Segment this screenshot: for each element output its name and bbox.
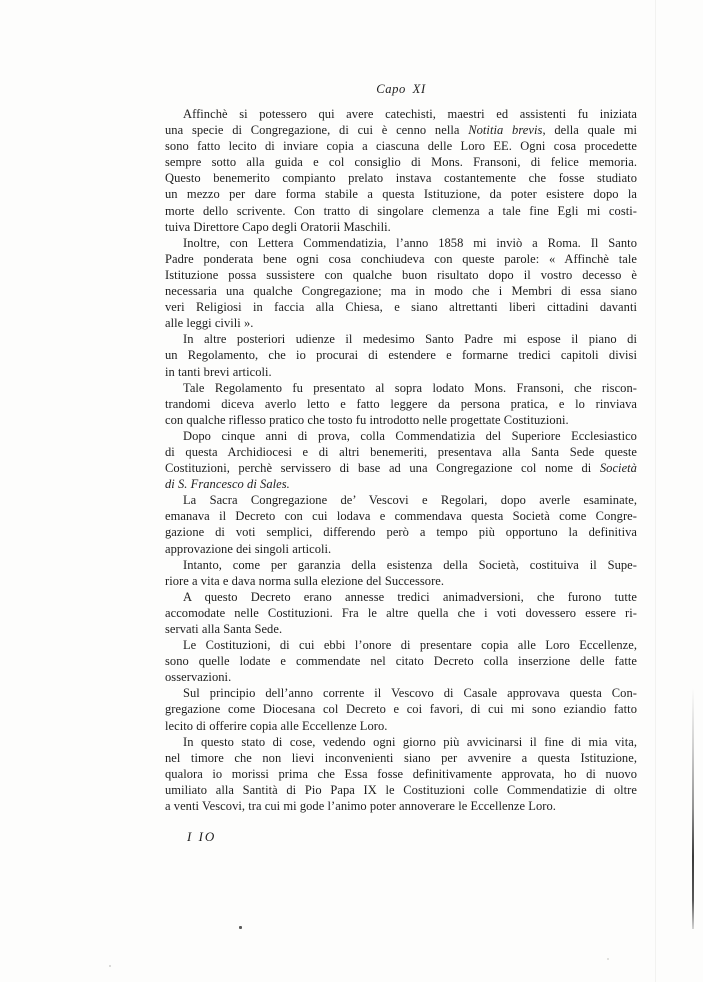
text-segment: Sul principio dell’anno corrente il Vesc… — [183, 686, 637, 700]
text-segment: , della quale mi — [542, 123, 637, 137]
text-segment: A questo Decreto erano annesse tredici a… — [183, 590, 637, 604]
text-line: sono quelle lodate e commendate nel cita… — [165, 653, 637, 669]
text-segment: La Sacra Congregazione de’ Vescovi e Reg… — [183, 493, 637, 507]
text-line: gazione di voti semplici, differendo per… — [165, 524, 637, 540]
text-line: In questo stato di cose, vedendo ogni gi… — [165, 734, 637, 750]
text-segment: Inoltre, con Lettera Commendatizia, l’an… — [183, 236, 637, 250]
text-segment: sono fatto lecito di inviare copia a cia… — [165, 139, 637, 153]
text-line: sono fatto lecito di inviare copia a cia… — [165, 138, 637, 154]
text-line: osservazioni. — [165, 669, 637, 685]
text-line: gregazione come Diocesana col Decreto e … — [165, 701, 637, 717]
text-line: un mezzo per dare forma stabile a questa… — [165, 186, 637, 202]
text-segment: in tanti brevi articoli. — [165, 365, 272, 379]
text-line: qualora io morissi prima che Essa fosse … — [165, 766, 637, 782]
text-segment: di questa Archidiocesi e di altri beneme… — [165, 445, 637, 459]
text-line: in tanti brevi articoli. — [165, 364, 637, 380]
text-line: Le Costituzioni, di cui ebbi l’onore di … — [165, 637, 637, 653]
text-segment: Intanto, come per garanzia della esisten… — [183, 558, 637, 572]
text-segment: morte dello scrivente. Con tratto di sin… — [165, 204, 637, 218]
text-segment: umiliato alla Santità di Pio Papa IX le … — [165, 783, 637, 797]
italic-text-segment: Notitia brevis — [468, 123, 542, 137]
text-line: Padre ponderata bene ogni cosa conchiude… — [165, 251, 637, 267]
text-segment: servati alla Santa Sede. — [165, 622, 282, 636]
text-segment: Le Costituzioni, di cui ebbi l’onore di … — [183, 638, 637, 652]
scan-edge-artifact — [692, 688, 694, 929]
text-line: lecito di offerire copia alle Eccellenze… — [165, 718, 637, 734]
text-segment: sono quelle lodate e commendate nel cita… — [165, 654, 637, 668]
text-segment: riore a vita e dava norma sulla elezione… — [165, 574, 444, 588]
chapter-heading: Capo XI — [165, 82, 637, 97]
text-segment: una specie di Congregazione, di cui è ce… — [165, 123, 468, 137]
text-segment: Questo benemerito compianto prelato inst… — [165, 171, 637, 185]
text-line: a venti Vescovi, tra cui mi gode l’animo… — [165, 798, 637, 814]
text-segment: un Regolamento, che io procurai di esten… — [165, 348, 637, 362]
text-segment: gregazione come Diocesana col Decreto e … — [165, 702, 637, 716]
text-segment: qualora io morissi prima che Essa fosse … — [165, 767, 637, 781]
text-line: sempre sotto alla guida e col consiglio … — [165, 154, 637, 170]
text-segment: lecito di offerire copia alle Eccellenze… — [165, 719, 387, 733]
text-line: In altre posteriori udienze il medesimo … — [165, 331, 637, 347]
text-line: La Sacra Congregazione de’ Vescovi e Reg… — [165, 492, 637, 508]
text-segment: sempre sotto alla guida e col consiglio … — [165, 155, 637, 169]
text-segment: con qualche riflesso pratico che tosto f… — [165, 413, 569, 427]
text-line: una specie di Congregazione, di cui è ce… — [165, 122, 637, 138]
text-segment: In questo stato di cose, vedendo ogni gi… — [183, 735, 637, 749]
text-line: morte dello scrivente. Con tratto di sin… — [165, 203, 637, 219]
text-line: Istituzione possa sussistere con qualche… — [165, 267, 637, 283]
text-segment: veri Religiosi in faccia alla Chiesa, e … — [165, 300, 637, 314]
text-segment: accomodate nelle Costituzioni. Fra le al… — [165, 606, 637, 620]
text-segment: nel timore che non lievi inconvenienti s… — [165, 751, 637, 765]
text-segment: a venti Vescovi, tra cui mi gode l’animo… — [165, 799, 556, 813]
text-line: riore a vita e dava norma sulla elezione… — [165, 573, 637, 589]
text-segment: Istituzione possa sussistere con qualche… — [165, 268, 637, 282]
text-segment: approvazione dei singoli articoli. — [165, 542, 331, 556]
text-segment: necessaria una qualche Congregazione; ma… — [165, 284, 637, 298]
text-line: nel timore che non lievi inconvenienti s… — [165, 750, 637, 766]
scan-speck — [607, 958, 609, 960]
italic-text-segment: Società — [600, 461, 637, 475]
text-segment: emanava il Decreto con cui lodava e comm… — [165, 509, 637, 523]
text-segment: Padre ponderata bene ogni cosa conchiude… — [165, 252, 637, 266]
text-line: emanava il Decreto con cui lodava e comm… — [165, 508, 637, 524]
text-line: Inoltre, con Lettera Commendatizia, l’an… — [165, 235, 637, 251]
text-line: tuiva Direttore Capo degli Oratorii Masc… — [165, 219, 637, 235]
text-line: Dopo cinque anni di prova, colla Commend… — [165, 428, 637, 444]
text-line: Affinchè si potessero qui avere catechis… — [165, 106, 637, 122]
text-line: di questa Archidiocesi e di altri beneme… — [165, 444, 637, 460]
text-line: approvazione dei singoli articoli. — [165, 541, 637, 557]
text-segment: In altre posteriori udienze il medesimo … — [183, 332, 637, 346]
page-number: I IO — [187, 829, 216, 845]
text-segment: tuiva Direttore Capo degli Oratorii Masc… — [165, 220, 391, 234]
text-segment: Tale Regolamento fu presentato al sopra … — [183, 381, 637, 395]
scan-fold-artifact — [655, 0, 656, 982]
text-line: servati alla Santa Sede. — [165, 621, 637, 637]
text-line: Questo benemerito compianto prelato inst… — [165, 170, 637, 186]
text-segment: un mezzo per dare forma stabile a questa… — [165, 187, 637, 201]
text-line: con qualche riflesso pratico che tosto f… — [165, 412, 637, 428]
text-block: Affinchè si potessero qui avere catechis… — [165, 106, 637, 814]
text-segment: gazione di voti semplici, differendo per… — [165, 525, 637, 539]
text-segment: osservazioni. — [165, 670, 231, 684]
text-line: di S. Francesco di Sales. — [165, 476, 637, 492]
text-line: trandomi diceva averlo letto e fatto leg… — [165, 396, 637, 412]
text-segment: alle leggi civili ». — [165, 316, 253, 330]
text-line: umiliato alla Santità di Pio Papa IX le … — [165, 782, 637, 798]
text-line: necessaria una qualche Congregazione; ma… — [165, 283, 637, 299]
text-segment: Affinchè si potessero qui avere catechis… — [183, 107, 637, 121]
text-line: Intanto, come per garanzia della esisten… — [165, 557, 637, 573]
book-page: Capo XI Affinchè si potessero qui avere … — [0, 0, 703, 982]
text-line: Tale Regolamento fu presentato al sopra … — [165, 380, 637, 396]
text-line: veri Religiosi in faccia alla Chiesa, e … — [165, 299, 637, 315]
text-line: accomodate nelle Costituzioni. Fra le al… — [165, 605, 637, 621]
text-line: Costituzioni, perchè servissero di base … — [165, 460, 637, 476]
scan-speck — [239, 926, 242, 929]
text-line: un Regolamento, che io procurai di esten… — [165, 347, 637, 363]
text-segment: Costituzioni, perchè servissero di base … — [165, 461, 600, 475]
text-line: A questo Decreto erano annesse tredici a… — [165, 589, 637, 605]
text-line: alle leggi civili ». — [165, 315, 637, 331]
text-segment: trandomi diceva averlo letto e fatto leg… — [165, 397, 637, 411]
italic-text-segment: di S. Francesco di Sales. — [165, 477, 290, 491]
text-line: Sul principio dell’anno corrente il Vesc… — [165, 685, 637, 701]
scan-speck — [109, 965, 111, 967]
text-segment: Dopo cinque anni di prova, colla Commend… — [183, 429, 637, 443]
